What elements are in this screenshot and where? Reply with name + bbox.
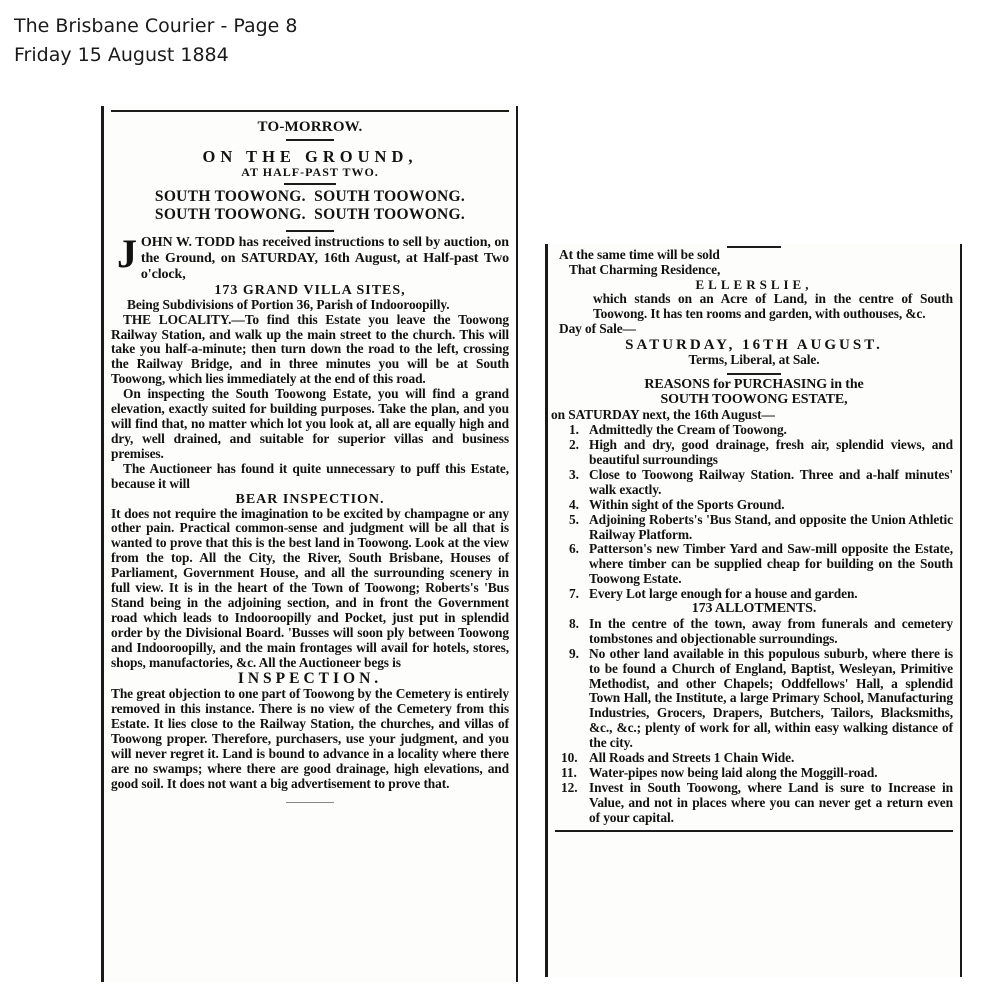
reason-number: 1. (569, 423, 579, 438)
reason-item: 12.Invest in South Toowong, where Land i… (555, 781, 953, 826)
divider (286, 230, 334, 232)
reason-number: 4. (569, 498, 579, 513)
day-of-sale-label: Day of Sale— (555, 322, 953, 337)
reason-text: Water-pipes now being laid along the Mog… (589, 765, 878, 780)
auctioneer-paragraph: The Auctioneer has found it quite unnece… (111, 462, 509, 492)
page-caption: The Brisbane Courier - Page 8 Friday 15 … (14, 12, 297, 70)
reason-item: 1.Admittedly the Cream of Toowong. (555, 423, 953, 438)
reason-number: 11. (561, 766, 577, 781)
drop-cap: J (117, 237, 137, 271)
heading-time: AT HALF-PAST TWO. (111, 166, 509, 179)
reason-text: Adjoining Roberts's 'Bus Stand, and oppo… (589, 512, 953, 542)
reason-number: 7. (569, 587, 579, 602)
reason-number: 6. (569, 542, 579, 557)
advertisement-column-right: At the same time will be sold That Charm… (555, 244, 953, 832)
issue-date: Friday 15 August 1884 (14, 41, 297, 70)
reason-item: 8.In the centre of the town, away from f… (555, 617, 953, 647)
column-border-left (101, 106, 104, 982)
heading-tomorrow: TO-MORROW. (111, 118, 509, 136)
reasons-heading-1: REASONS for PURCHASING in the (555, 378, 953, 393)
reason-item: 9.No other land available in this populo… (555, 647, 953, 751)
residence-description: which stands on an Acre of Land, in the … (555, 292, 953, 322)
advertisement-clipping-right: At the same time will be sold That Charm… (545, 244, 962, 977)
sale-date: SATURDAY, 16TH AUGUST. (555, 337, 953, 353)
reason-text: Admittedly the Cream of Toowong. (589, 422, 787, 437)
reasons-list: 1.Admittedly the Cream of Toowong.2.High… (555, 423, 953, 602)
residence-text: That Charming Residence, (555, 263, 953, 278)
reason-text: Invest in South Toowong, where Land is s… (589, 780, 953, 825)
sites-heading: 173 GRAND VILLA SITES, (111, 283, 509, 298)
reason-item: 5.Adjoining Roberts's 'Bus Stand, and op… (555, 513, 953, 543)
imagination-paragraph: It does not require the imagination to b… (111, 507, 509, 671)
reason-text: In the centre of the town, away from fun… (589, 616, 953, 646)
bottom-divider (286, 802, 334, 803)
divider (727, 373, 781, 375)
residence-name: ELLERSLIE, (555, 278, 953, 292)
newspaper-title: The Brisbane Courier - Page 8 (14, 12, 297, 41)
reasons-list-continued: 8.In the centre of the town, away from f… (555, 617, 953, 826)
reason-item: 3.Close to Toowong Railway Station. Thre… (555, 468, 953, 498)
reason-number: 10. (561, 751, 577, 766)
reasons-heading-2: SOUTH TOOWONG ESTATE, (555, 393, 953, 408)
reason-number: 2. (569, 438, 579, 453)
inspecting-paragraph: On inspecting the South Toowong Estate, … (111, 387, 509, 462)
advertisement-column-left: TO-MORROW. ON THE GROUND, AT HALF-PAST T… (111, 110, 509, 803)
subdivision-text: Being Subdivisions of Portion 36, Parish… (111, 298, 509, 313)
reason-number: 5. (569, 513, 579, 528)
reason-text: Close to Toowong Railway Station. Three … (589, 467, 953, 497)
divider (286, 139, 334, 141)
reason-item: 7.Every Lot large enough for a house and… (555, 587, 953, 602)
intro-paragraph: J OHN W. TODD has received instructions … (111, 235, 509, 283)
terms-text: Terms, Liberal, at Sale. (555, 353, 953, 368)
reason-number: 9. (569, 647, 579, 662)
reasons-date: on SATURDAY next, the 16th August— (551, 408, 953, 423)
heading-south-toowong-2: SOUTH TOOWONG. SOUTH TOOWONG. (111, 206, 509, 224)
reason-text: No other land available in this populous… (589, 646, 953, 750)
bear-inspection-heading: BEAR INSPECTION. (111, 492, 509, 507)
reason-item: 11.Water-pipes now being laid along the … (555, 766, 953, 781)
top-rule (111, 110, 509, 112)
same-time-text: At the same time will be sold (555, 248, 953, 263)
reason-text: All Roads and Streets 1 Chain Wide. (589, 750, 794, 765)
reason-item: 2.High and dry, good drainage, fresh air… (555, 438, 953, 468)
reason-item: 6.Patterson's new Timber Yard and Saw-mi… (555, 542, 953, 587)
reason-text: High and dry, good drainage, fresh air, … (589, 437, 953, 467)
heading-south-toowong-1: SOUTH TOOWONG. SOUTH TOOWONG. (111, 188, 509, 206)
locality-paragraph: THE LOCALITY.—To find this Estate you le… (111, 313, 509, 388)
reason-text: Within sight of the Sports Ground. (589, 497, 785, 512)
reason-number: 3. (569, 468, 579, 483)
reason-text: Patterson's new Timber Yard and Saw-mill… (589, 541, 953, 586)
bottom-rule (555, 830, 953, 832)
reason-item: 10.All Roads and Streets 1 Chain Wide. (555, 751, 953, 766)
objection-paragraph: The great objection to one part of Toowo… (111, 687, 509, 791)
column-border-right (516, 106, 518, 982)
inspection-heading: INSPECTION. (111, 670, 509, 687)
heading-on-the-ground: ON THE GROUND, (111, 148, 509, 166)
column-border-right (960, 244, 962, 977)
divider (284, 183, 336, 185)
reason-text: Every Lot large enough for a house and g… (589, 586, 858, 601)
column-border-left (545, 244, 548, 977)
reason-number: 12. (561, 781, 577, 796)
reason-number: 8. (569, 617, 579, 632)
reason-item: 4.Within sight of the Sports Ground. (555, 498, 953, 513)
advertisement-clipping-left: TO-MORROW. ON THE GROUND, AT HALF-PAST T… (101, 106, 518, 982)
allotments-heading: 173 ALLOTMENTS. (555, 602, 953, 617)
